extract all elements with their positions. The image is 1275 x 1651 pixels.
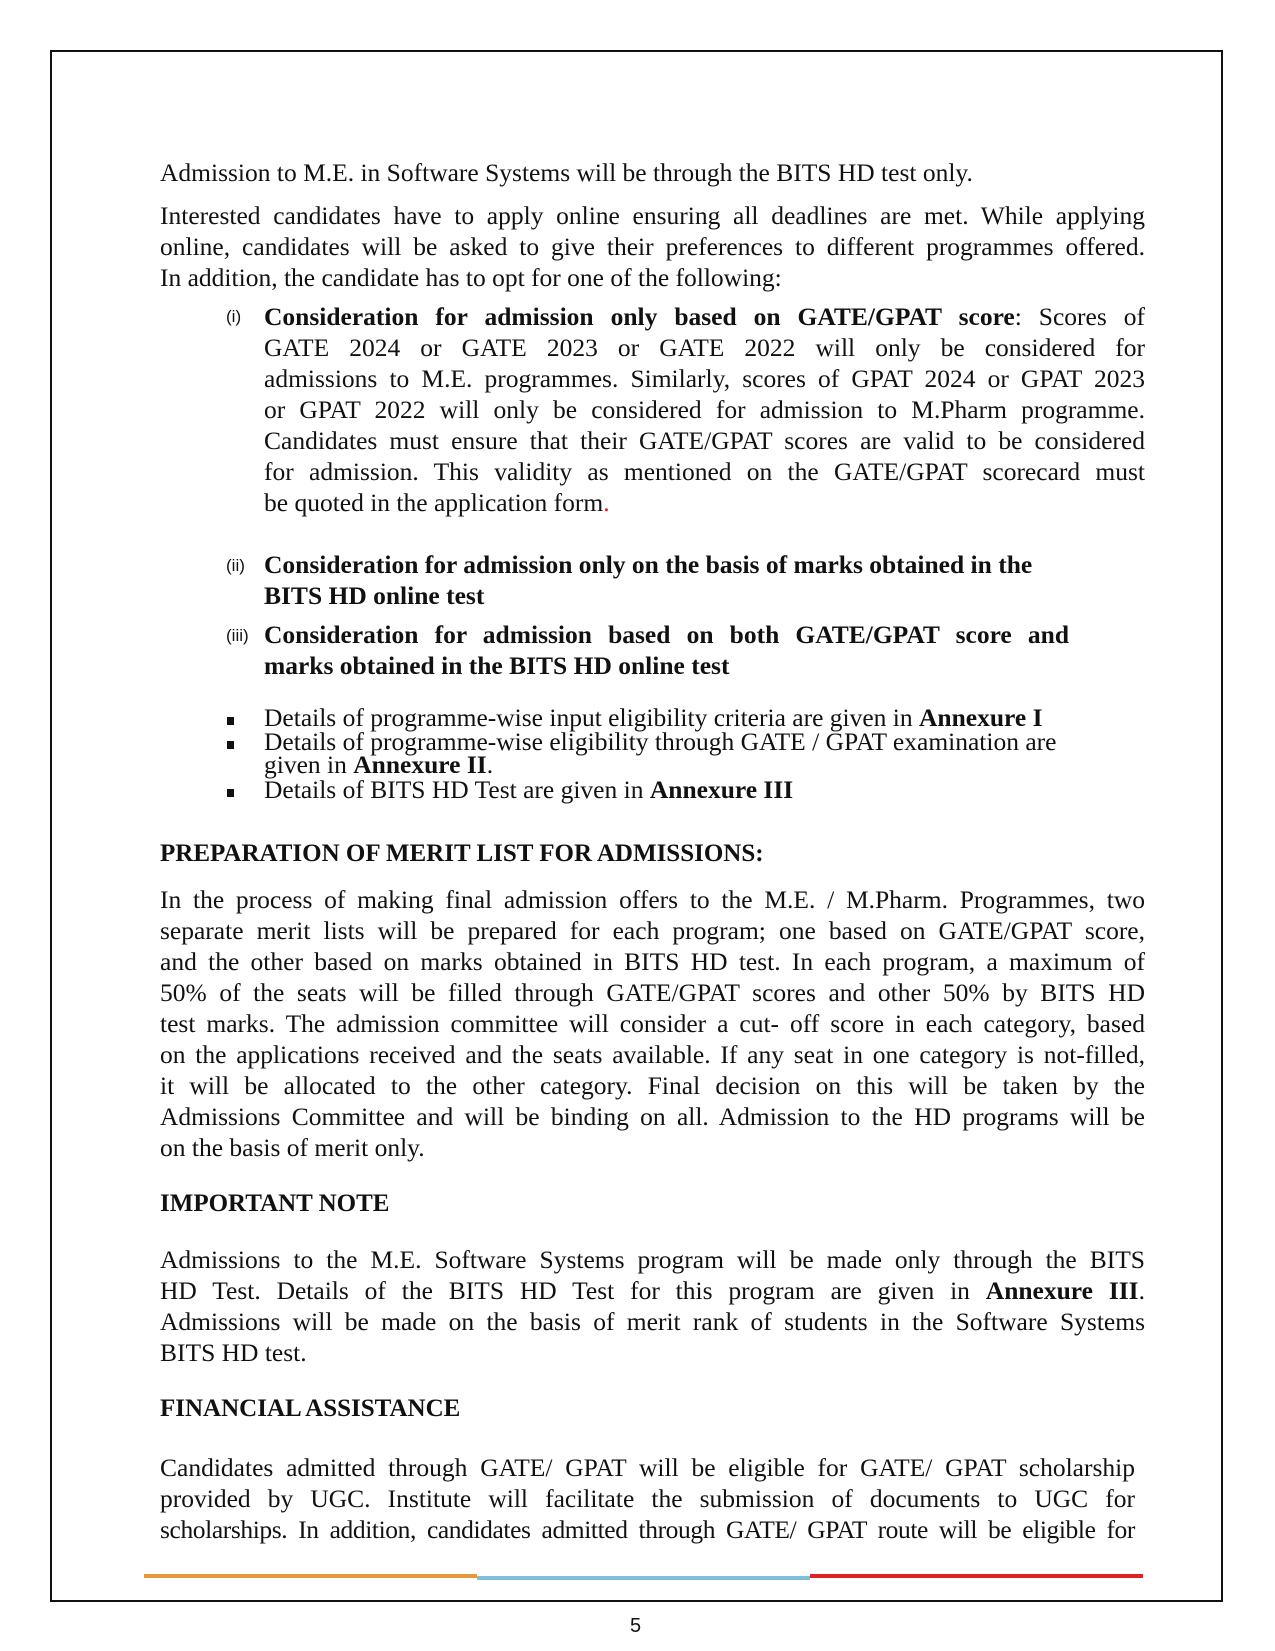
merit-line: on the basis of merit only.	[160, 1132, 425, 1163]
note-line: Admissions will be made on the basis of …	[160, 1306, 1145, 1337]
option-3-line: marks obtained in the BITS HD online tes…	[264, 650, 729, 681]
note-text: HD Test. Details of the BITS HD Test for…	[160, 1276, 986, 1305]
option-2-line: Consideration for admission only on the …	[264, 549, 1032, 580]
note-line: BITS HD test.	[160, 1337, 307, 1368]
intro-paragraph: Admission to M.E. in Software Systems wi…	[160, 157, 973, 188]
apply-line: online, candidates will be asked to give…	[160, 231, 1145, 262]
merit-line: separate merit lists will be prepared fo…	[160, 915, 1145, 946]
bullet-square-icon	[227, 789, 234, 797]
note-heading: IMPORTANT NOTE	[160, 1190, 389, 1218]
merit-line: In the process of making final admission…	[160, 884, 1145, 915]
note-line: HD Test. Details of the BITS HD Test for…	[160, 1275, 1145, 1306]
merit-line: on the applications received and the sea…	[160, 1039, 1145, 1070]
option-1-line: for admission. This validity as mentione…	[264, 456, 1145, 487]
footer-bar-orange	[144, 1574, 477, 1578]
option-1-rest: : Scores of	[1015, 302, 1145, 331]
bullet-item: Details of BITS HD Test are given in Ann…	[264, 777, 793, 802]
merit-line: Admissions Committee and will be binding…	[160, 1101, 1145, 1132]
page-number: 5	[630, 1615, 641, 1638]
bullet-square-icon	[227, 741, 234, 749]
merit-line: it will be allocated to the other catego…	[160, 1070, 1145, 1101]
finance-heading: FINANCIAL ASSISTANCE	[160, 1395, 460, 1423]
bullet-item-cont: given in Annexure II.	[264, 752, 493, 777]
option-1-line: be quoted in the application form.	[264, 487, 610, 518]
finance-line: Candidates admitted through GATE/ GPAT w…	[160, 1452, 1135, 1483]
option-label: (iii)	[226, 626, 249, 646]
apply-line: In addition, the candidate has to opt fo…	[160, 262, 782, 293]
option-2-line: BITS HD online test	[264, 580, 484, 611]
footer-bar-red	[810, 1574, 1143, 1578]
apply-line: Interested candidates have to apply onli…	[160, 200, 1145, 231]
annexure-ref: Annexure III	[650, 775, 793, 804]
option-1-last: be quoted in the application form	[264, 488, 603, 517]
option-label: (i)	[226, 307, 241, 327]
bullet-square-icon	[227, 717, 234, 725]
option-1-line: GATE 2024 or GATE 2023 or GATE 2022 will…	[264, 332, 1145, 363]
option-1-line: admissions to M.E. programmes. Similarly…	[264, 363, 1145, 394]
finance-line: provided by UGC. Institute will facilita…	[160, 1483, 1135, 1514]
option-1-bold: Consideration for admission only based o…	[264, 302, 1015, 331]
annexure-ref: Annexure III	[986, 1276, 1139, 1305]
note-tail: .	[1139, 1276, 1145, 1305]
merit-line: 50% of the seats will be filled through …	[160, 977, 1145, 1008]
merit-line: and the other based on marks obtained in…	[160, 946, 1145, 977]
merit-line: test marks. The admission committee will…	[160, 1008, 1145, 1039]
option-1-line: or GPAT 2022 will only be considered for…	[264, 394, 1145, 425]
option-label: (ii)	[226, 556, 245, 576]
merit-heading: PREPARATION OF MERIT LIST FOR ADMISSIONS…	[160, 840, 764, 868]
option-1-title: Consideration for admission only based o…	[264, 301, 1145, 332]
option-3-line: Consideration for admission based on bot…	[264, 619, 1069, 650]
finance-line: scholarships. In addition, candidates ad…	[160, 1514, 1135, 1545]
footer-bar-blue	[477, 1576, 810, 1580]
option-1-line: Candidates must ensure that their GATE/G…	[264, 425, 1145, 456]
bullet-text: Details of BITS HD Test are given in	[264, 775, 650, 804]
note-line: Admissions to the M.E. Software Systems …	[160, 1244, 1145, 1275]
red-period: .	[603, 488, 609, 517]
